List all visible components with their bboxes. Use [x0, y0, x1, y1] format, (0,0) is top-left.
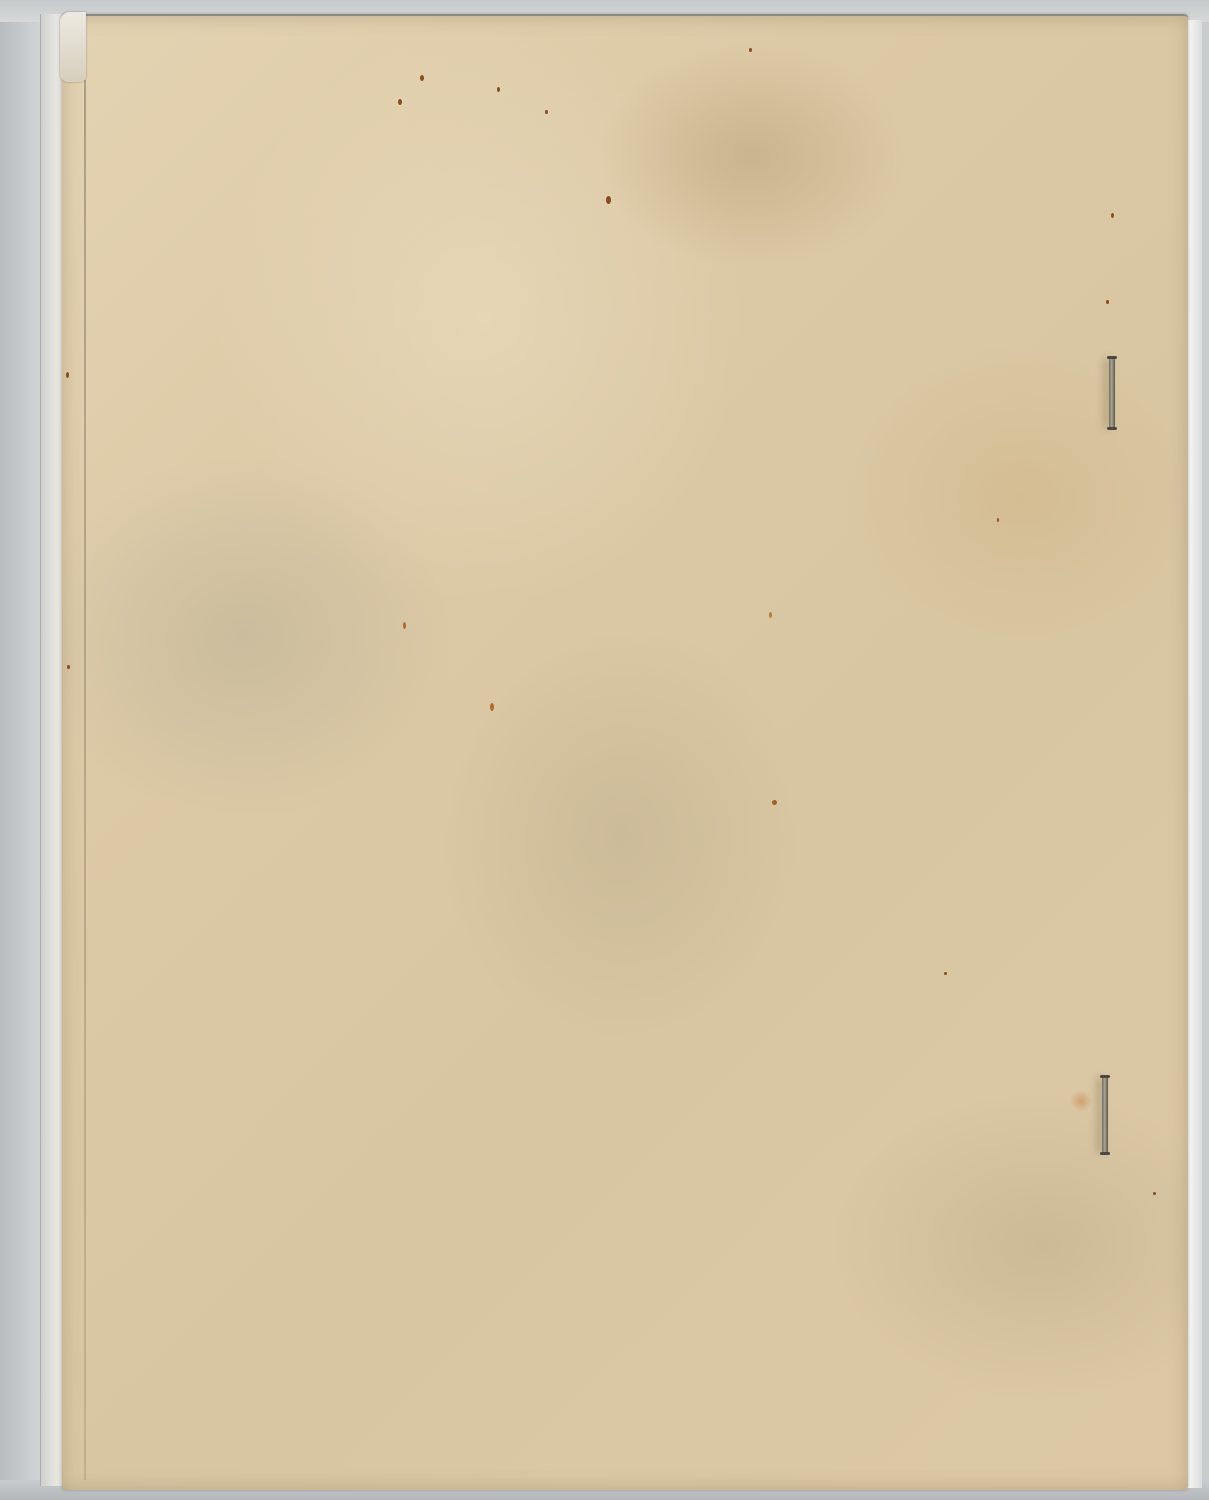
- foxing-spot: [1111, 213, 1114, 218]
- foxing-spot: [398, 99, 402, 105]
- staple-icon: [1102, 1077, 1108, 1153]
- rust-stain: [1070, 1090, 1092, 1112]
- foxing-spot: [749, 48, 752, 52]
- foxing-spot: [606, 196, 611, 204]
- foxing-spot: [1106, 300, 1109, 304]
- foxing-spot: [490, 703, 494, 711]
- foxing-spot: [420, 75, 424, 81]
- foxing-spot: [497, 87, 500, 92]
- foxing-spot: [772, 800, 777, 805]
- foxing-spot: [1153, 1192, 1156, 1195]
- staple-icon: [1109, 358, 1115, 428]
- foxing-spot: [67, 665, 70, 669]
- foxing-spot: [403, 622, 406, 629]
- blank-cover: [62, 14, 1188, 1490]
- cover-fold-line: [84, 80, 86, 1480]
- foxing-spot: [944, 972, 947, 975]
- foxing-spot: [66, 372, 69, 378]
- foxing-spot: [769, 612, 772, 618]
- torn-corner: [60, 12, 86, 82]
- foxing-spot: [997, 518, 999, 522]
- foxing-spot: [545, 110, 548, 114]
